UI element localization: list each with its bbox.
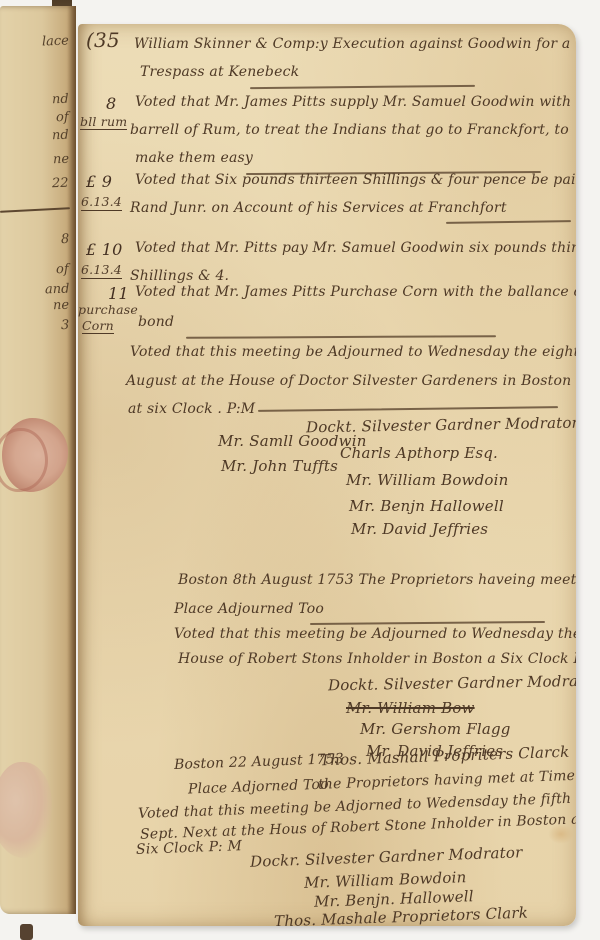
foxing-stain	[548, 824, 574, 844]
vote-line: bond	[138, 314, 174, 330]
vote-line: make them easy	[135, 150, 253, 166]
signature-name: Dockt. Silvester Gardner Modrator	[328, 672, 576, 695]
meeting-date-line: Boston 22 August 1753	[174, 751, 344, 773]
header-line: Trespass at Kenebeck	[140, 64, 299, 80]
vote-line: Shillings & 4.	[130, 268, 229, 284]
entry-number: 10	[102, 240, 123, 259]
vote-line: Voted that Mr. James Pitts Purchase Corn…	[135, 284, 576, 300]
facing-ink-rule	[0, 207, 70, 213]
signature-name: Dockt. Silvester Gardner Modrator	[306, 414, 576, 437]
vote-line: House of Robert Stons Inholder in Boston…	[178, 651, 576, 667]
vote-line: Voted that this meeting be Adjourned to …	[174, 626, 576, 642]
entry-10-amount: 6.13.4	[81, 262, 122, 279]
signature-name: Mr. William Bowdoin	[346, 471, 508, 489]
meeting-opening-line: Place Adjourned Too	[174, 601, 324, 617]
vote-line: barrell of Rum, to treat the Indians tha…	[130, 122, 569, 138]
ink-rule	[186, 335, 496, 338]
facing-text-fragment: nd	[52, 128, 69, 144]
ink-rule	[250, 85, 475, 89]
manuscript-page: (35 William Skinner & Comp:y Execution a…	[78, 24, 576, 926]
currency-symbol: £	[86, 172, 96, 191]
facing-text-fragment: lace	[42, 34, 69, 50]
vote-line: Voted that Six pounds thirteen Shillings…	[135, 172, 576, 188]
entry-9-margin-number: £ 9	[86, 172, 112, 191]
page-number: (35	[86, 28, 120, 52]
vote-line: Six Clock P: M	[136, 838, 243, 858]
signature-name: Mr. David Jeffries	[351, 520, 488, 538]
entry-number: 9	[102, 172, 112, 191]
scanned-manuscript-screenshot: { "document": { "page_number": "(35", "h…	[0, 0, 600, 940]
clerk-attestation: Thos. Mashall Propriters Clarck	[320, 743, 570, 770]
facing-text-fragment: 3	[60, 318, 69, 333]
facing-text-fragment: 22	[52, 176, 69, 192]
signature-name: Mr. Benjn Hallowell	[349, 497, 504, 515]
signature-name: Dockr. Silvester Gardner Modrator	[250, 843, 523, 870]
entry-11-margin-note: purchase	[78, 302, 138, 317]
ink-rule	[258, 406, 558, 411]
facing-text-fragment: nd	[52, 92, 69, 108]
facing-text-fragment: ne	[53, 152, 70, 168]
header-line: William Skinner & Comp:y Execution again…	[134, 36, 570, 52]
bottom-left-stain	[0, 762, 52, 858]
ink-rule	[310, 621, 545, 625]
entry-11-margin-note: Corn	[82, 318, 114, 334]
entry-8-margin-note: bll rum	[80, 114, 127, 130]
facing-text-fragment: 8	[60, 232, 69, 247]
currency-symbol: £	[86, 240, 96, 259]
signature-name: Mr. John Tuffts	[221, 457, 338, 475]
entry-8-margin-number: 8	[106, 94, 116, 113]
vote-line: Voted that Mr. James Pitts supply Mr. Sa…	[135, 94, 576, 110]
entry-9-amount: 6.13.4	[81, 194, 122, 211]
entry-10-margin-number: £ 10	[86, 240, 122, 259]
facing-text-fragment: and	[44, 282, 69, 298]
ink-rule	[446, 220, 571, 223]
meeting-opening-line: Boston 8th August 1753 The Proprietors h…	[178, 572, 576, 588]
meeting-opening-line: Place Adjorned Too	[188, 777, 329, 798]
signature-name: Mr. Gershom Flagg	[360, 720, 511, 738]
vote-line: Voted that this meeting be Adjourned to …	[130, 344, 576, 360]
facing-text-fragment: of	[56, 262, 69, 277]
facing-text-fragment: of	[56, 110, 69, 125]
facing-text-fragment: ne	[53, 298, 70, 314]
spine-fragment-bottom	[20, 924, 33, 940]
vote-line: at six Clock . P:M	[128, 401, 255, 417]
signature-name: Charls Apthorp Esq.	[340, 444, 498, 462]
vote-line: Voted that Mr. Pitts pay Mr. Samuel Good…	[135, 240, 576, 256]
meeting-opening-line: the Proprietors having met at Time &	[318, 767, 576, 793]
vote-line: August at the House of Doctor Silvester …	[126, 373, 571, 389]
entry-11-margin-number: 11	[108, 284, 129, 303]
vote-line: Rand Junr. on Account of his Services at…	[130, 200, 507, 216]
signature-name-struck: Mr. William Bow	[346, 699, 475, 717]
